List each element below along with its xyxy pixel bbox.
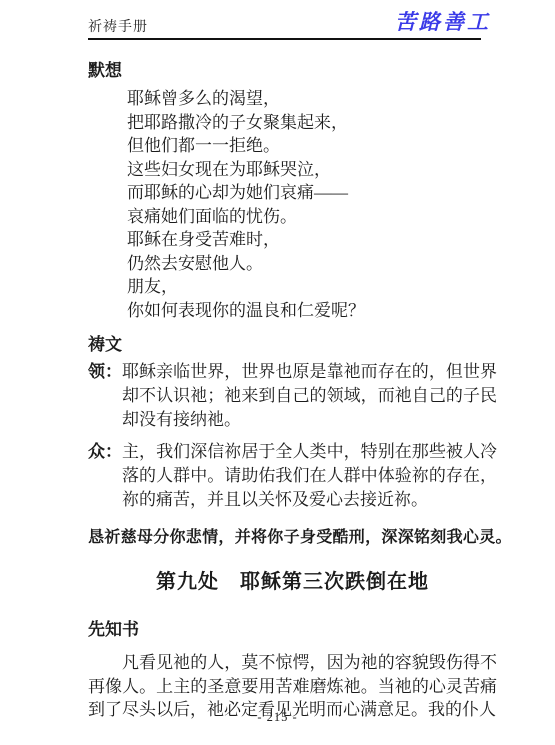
document-page: 祈祷手册 苦路善工 默想 耶稣曾多么的渴望， 把耶路撒冷的子女聚集起来， 但他们… (0, 0, 555, 745)
refrain-line: 恳祈慈母分你悲情，并将你子身受酷刑，深深铭刻我心灵。 (88, 528, 497, 548)
page-content: 祈祷手册 苦路善工 默想 耶稣曾多么的渴望， 把耶路撒冷的子女聚集起来， 但他们… (0, 0, 555, 722)
poem-line: 耶稣在身受苦难时， (127, 228, 497, 252)
poem-line: 仍然去安慰他人。 (127, 252, 497, 276)
poem-line: 而耶稣的心却为她们哀痛—— (127, 181, 497, 205)
response-text: 耶稣亲临世界，世界也原是靠祂而存在的，但世界却不认识祂；祂来到自己的领域，而祂自… (122, 360, 497, 432)
poem-line: 哀痛她们面临的忧伤。 (127, 205, 497, 229)
station-title: 第九处 耶稣第三次跌倒在地 (88, 569, 497, 595)
prayer-heading: 祷文 (88, 333, 497, 357)
header-left-title: 祈祷手册 (88, 16, 148, 36)
prayer-response-all: 众： 主，我们深信祢居于全人类中，特别在那些被人冷落的人群中。请助佑我们在人群中… (88, 440, 497, 512)
poem-line: 你如何表现你的温良和仁爱呢？ (127, 299, 497, 323)
poem-line: 但他们都一一拒绝。 (127, 134, 497, 158)
response-text: 主，我们深信祢居于全人类中，特别在那些被人冷落的人群中。请助佑我们在人群中体验祢… (122, 440, 497, 512)
header-rule (88, 38, 481, 40)
prayer-response-leader: 领： 耶稣亲临世界，世界也原是靠祂而存在的，但世界却不认识祂；祂来到自己的领域，… (88, 360, 497, 432)
poem-line: 把耶路撒冷的子女聚集起来， (127, 111, 497, 135)
page-header: 祈祷手册 苦路善工 (88, 10, 497, 36)
meditation-poem: 耶稣曾多么的渴望， 把耶路撒冷的子女聚集起来， 但他们都一一拒绝。 这些妇女现在… (127, 87, 497, 322)
header-right-title: 苦路善工 (395, 6, 491, 36)
meditation-heading: 默想 (88, 59, 497, 83)
prophets-heading: 先知书 (88, 618, 497, 642)
poem-line: 这些妇女现在为耶稣哭泣， (127, 158, 497, 182)
poem-line: 朋友， (127, 275, 497, 299)
speaker-label-all: 众： (88, 440, 122, 512)
poem-line: 耶稣曾多么的渴望， (127, 87, 497, 111)
page-number: - 215 - (0, 710, 555, 725)
speaker-label-leader: 领： (88, 360, 122, 432)
